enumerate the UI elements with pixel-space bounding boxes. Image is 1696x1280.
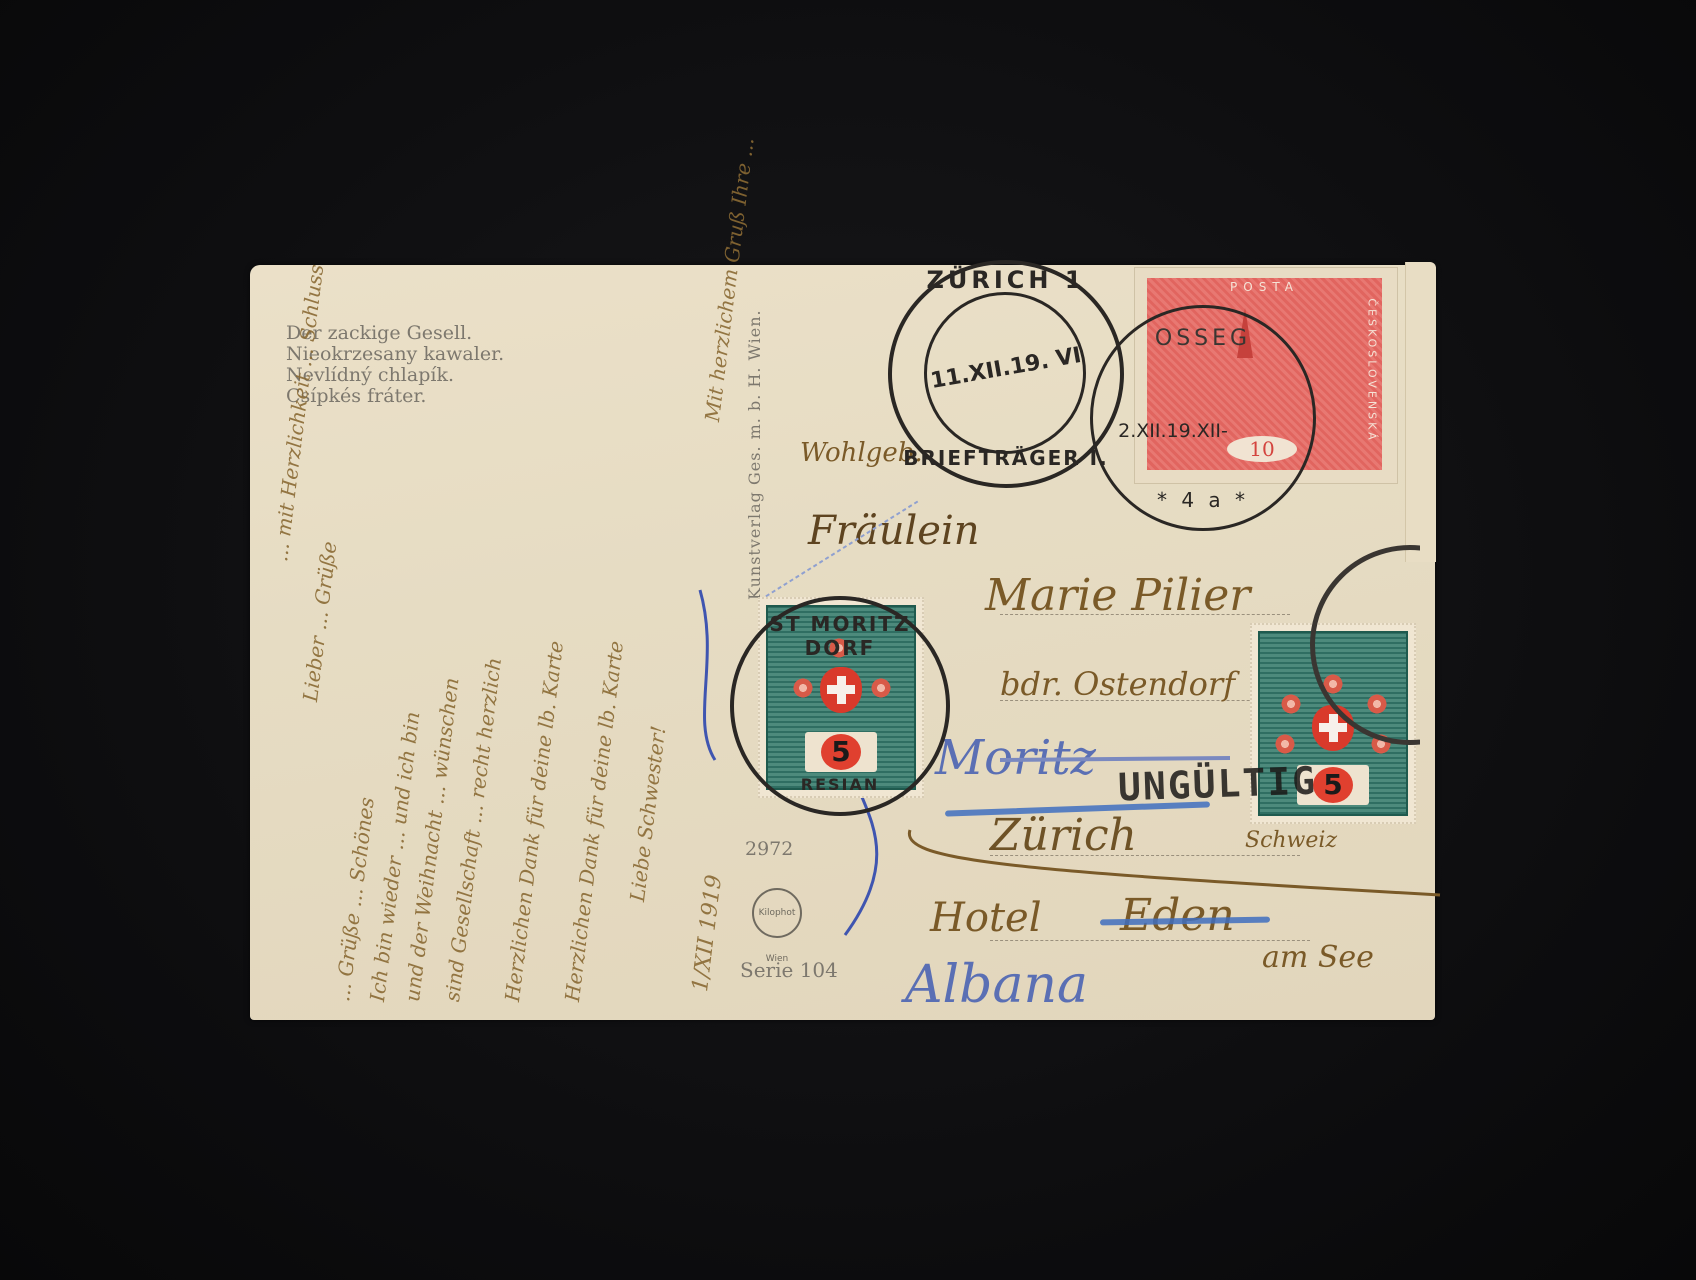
series-label: Serie 104 [740, 958, 838, 982]
caption-line-czech: Nevlídný chlapík. [286, 365, 504, 386]
postmark-czech-bottom: * 4 a * [1093, 488, 1313, 512]
postmark-czech-town: OSSEG [1093, 326, 1313, 351]
recipient-name: Marie Pilier [985, 570, 1250, 621]
postmark-zurich: ZÜRICH 1 11.XII.19. VI BRIEFTRÄGER I. [888, 260, 1124, 488]
stamp-country-label: POSTA [1147, 280, 1382, 294]
readdress-city: Moritz [935, 730, 1096, 786]
postmark-st-moritz-town: ST MORITZ DORF [734, 612, 946, 660]
stamp-value: 5 [1313, 767, 1353, 803]
care-of: bdr. Ostendorf [1000, 665, 1235, 703]
postmark-zurich-office: BRIEFTRÄGER I. [892, 446, 1120, 470]
caption-line-hungarian: Csípkés fráter. [286, 386, 504, 407]
caption-line-polish: Nieokrzesany kawaler. [286, 344, 504, 365]
card-number: 2972 [745, 838, 793, 860]
hotel-label: Hotel [930, 895, 1042, 941]
stamp-side-label: ČESKOSLOVENSKÁ [1365, 298, 1378, 442]
postcard-folded-edge [1405, 262, 1436, 562]
postmark-st-moritz: ST MORITZ DORF RESIAN [730, 596, 950, 816]
country-crossed-out: Schweiz [1245, 828, 1337, 853]
alpine-rose-icon [1280, 693, 1302, 715]
hotel-name-crossed-out: Eden [1120, 890, 1235, 941]
alpine-rose-icon [1274, 733, 1296, 755]
postmark-st-moritz-bottom: RESIAN [734, 775, 946, 794]
recipient-title: Fräulein [808, 508, 980, 554]
hotel-suffix: am See [1262, 940, 1374, 975]
postmark-czech: OSSEG 2.XII.19.XII- * 4 a * [1090, 305, 1316, 531]
invalid-cachet: UNGÜLTIG [1117, 759, 1317, 810]
publisher-logo: Kilophot Wien [752, 888, 802, 938]
postmark-zurich-city: ZÜRICH 1 [892, 266, 1120, 294]
readdress-hotel: Albana [905, 955, 1088, 1015]
publisher-line: Kunstverlag Ges. m. b. H. Wien. [745, 309, 764, 600]
city-crossed-out: Zürich [990, 810, 1137, 861]
